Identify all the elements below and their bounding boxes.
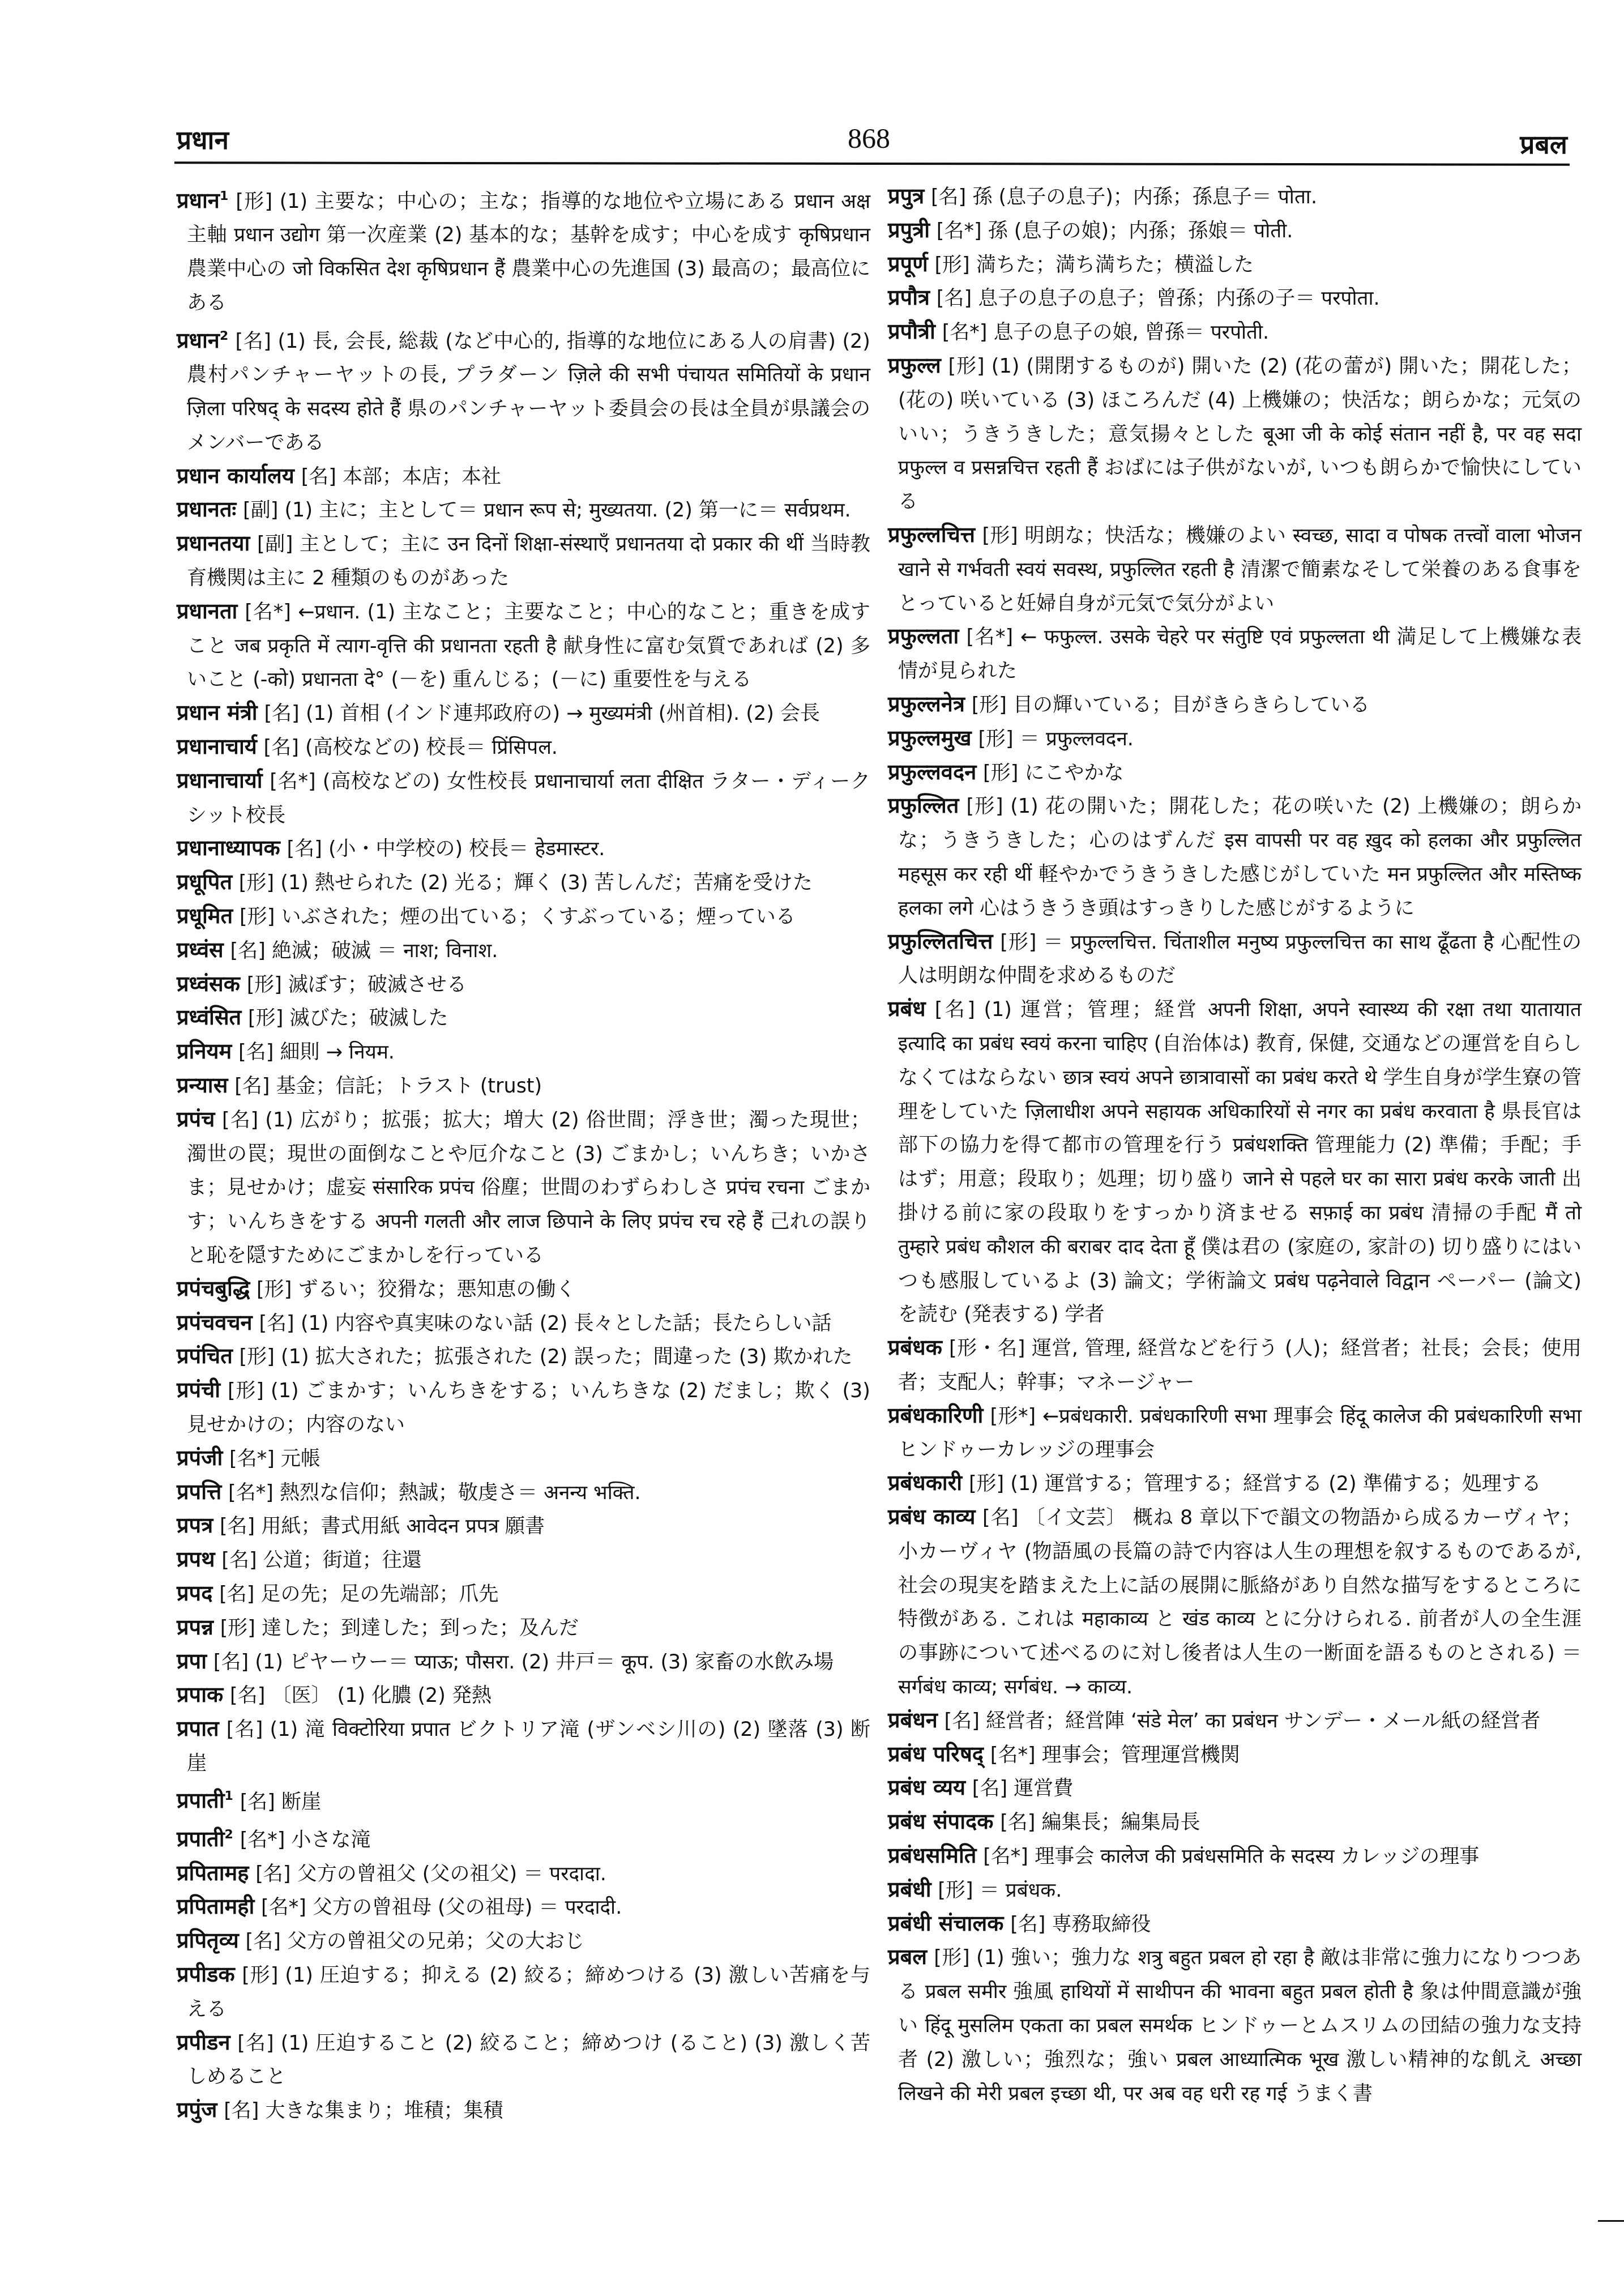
headword-text: प्रपद: [177, 1581, 212, 1606]
entry-definition: [副] (1) 主に；主として＝ प्रधान रूप से; मुख्यतया…: [243, 499, 851, 522]
dictionary-entry: प्रबंधकारी [形] (1) 運営する；管理する；経営する (2) 準備…: [888, 1467, 1582, 1501]
entry-definition: [名] (1) 滝 विक्टोरिया प्रपात ビクトリア滝 (ザンベシ…: [187, 1718, 870, 1775]
headword-text: प्रपौत्री: [888, 319, 935, 344]
dictionary-entry: प्रफुल्लित [形] (1) 花の開いた；開花した；花の咲いた (2) …: [888, 789, 1582, 925]
headword-text: प्रपन्न: [177, 1615, 213, 1640]
dictionary-entry: प्रफुल्लचित्त [形] 明朗な；快活な；機嫌のよい स्वच्छ, …: [888, 519, 1582, 620]
headword-text: प्रपाती: [177, 1788, 225, 1813]
entry-definition: [名*] 息子の息子の娘, 曾孫＝ परपोती.: [942, 321, 1270, 344]
dictionary-entry: प्रपुत्र [名] 孫 (息子の息子)；内孫；孫息子＝ पोता.: [888, 180, 1582, 214]
entry-headword: प्रफुल्लनेत्र: [888, 692, 965, 716]
entry-headword: प्रपन्न: [177, 1615, 213, 1640]
entry-headword: प्रधूपित: [177, 869, 232, 894]
entry-headword: प्रबंध काव्य: [888, 1504, 976, 1529]
headword-text: प्रपत्ति: [177, 1479, 221, 1504]
entry-headword: प्रपूर्ण: [888, 251, 928, 276]
headword-text: प्रफुल्लनेत्र: [888, 692, 965, 716]
entry-headword: प्रपौत्री: [888, 319, 935, 344]
dictionary-entry: प्रधूमित [形] いぶされた；煙の出ている；くすぶっている；煙っている: [177, 900, 870, 934]
dictionary-entry: प्रध्वंसक [形] 滅ぼす；破滅させる: [177, 968, 870, 1002]
headword-text: प्रपितामह: [177, 1860, 249, 1885]
entry-headword: प्रबंधी: [888, 1877, 931, 1902]
entry-headword: प्रधानतया: [177, 531, 250, 556]
headword-text: प्रपौत्र: [888, 285, 930, 310]
entry-headword: प्रधानाचार्य: [177, 734, 257, 759]
entry-definition: [名] 公道；街道；往還: [221, 1549, 421, 1572]
dictionary-entry: प्रपंचित [形] (1) 拡大された；拡張された (2) 誤った；間違っ…: [177, 1340, 870, 1374]
headword-text: प्रबंध: [888, 996, 926, 1021]
entry-definition: [形] (1) 運営する；管理する；経営する (2) 準備する；処理する: [969, 1472, 1541, 1495]
headword-text: प्रपथ: [177, 1547, 215, 1572]
entry-definition: [名] 経営者；経営陣 ‘संडे मेल’ का प्रबंधन サンデー・メ…: [945, 1710, 1541, 1732]
headword-text: प्रपाती: [177, 1826, 225, 1851]
headword-text: प्रबंध काव्य: [888, 1504, 976, 1529]
dictionary-entry: प्रपाती1 [名] 断崖: [177, 1781, 870, 1819]
entry-definition: [形] ＝ प्रफुल्लचित्त. चिंताशील मनुष्य प्र…: [898, 931, 1582, 988]
headword-text: प्रफुल्लमुख: [888, 725, 972, 750]
entry-definition: [名] 足の先；足の先端部；爪先: [219, 1583, 498, 1606]
entry-definition: [形] (1) 拡大された；拡張された (2) 誤った；間違った (3) 欺かれ…: [240, 1346, 853, 1368]
page-number: 868: [848, 122, 890, 155]
dictionary-entry: प्रबंध काव्य [名] 〔イ文芸〕 概ね 8 章以下で韻文の物語から成…: [888, 1501, 1582, 1704]
headword-text: प्रध्वंसक: [177, 971, 240, 996]
dictionary-entry: प्रबंधसमिति [名*] 理事会 कालेज की प्रबंधसमित…: [888, 1839, 1582, 1873]
headword-text: प्रबंधक: [888, 1335, 942, 1360]
entry-definition: [名] (1) ピヤーウー＝ प्याऊ; पौसरा. (2) 井戸＝ कूप…: [213, 1651, 834, 1674]
headword-text: प्रपीडन: [177, 2030, 230, 2055]
entry-headword: प्रध्वंसित: [177, 1005, 241, 1030]
headword-text: प्रपंच: [177, 1107, 215, 1132]
entry-headword: प्रफुल्ल: [888, 353, 941, 378]
entry-definition: [形] ＝ प्रफुल्लवदन.: [978, 728, 1134, 750]
entry-definition: [形] ＝ प्रबंधक.: [938, 1879, 1062, 1902]
entry-definition: [名] 断崖: [240, 1790, 321, 1813]
headword-text: प्रपुत्र: [888, 183, 924, 208]
headword-text: प्रधानतया: [177, 531, 250, 556]
dictionary-entry: प्रबंधक [形・名] 運営, 管理, 経営などを行う (人)；経営者；社長…: [888, 1331, 1582, 1399]
dictionary-entry: प्रबंध व्यय [名] 運営費: [888, 1772, 1582, 1806]
entry-headword: प्रपुत्र: [888, 183, 924, 208]
dictionary-entry: प्रधानतया [副] 主として；主に उन दिनों शिक्षा-सं…: [177, 527, 870, 595]
dictionary-entry: प्रपद [名] 足の先；足の先端部；爪先: [177, 1577, 870, 1611]
entry-headword: प्रपत्ति: [177, 1479, 221, 1504]
dictionary-entry: प्रपात [名] (1) 滝 विक्टोरिया प्रपात ビクトリア…: [177, 1713, 870, 1781]
dictionary-entry: प्रपथ [名] 公道；街道；往還: [177, 1543, 870, 1577]
headword-text: प्रपीडक: [177, 1962, 235, 1987]
entry-definition: [名*] 孫 (息子の娘)；内孫；孫娘＝ पोती.: [937, 220, 1293, 242]
entry-headword: प्रध्वंसक: [177, 971, 240, 996]
entry-definition: [形] 明朗な；快活な；機嫌のよい स्वच्छ, सादा व पोषक तत…: [898, 524, 1582, 615]
entry-headword: प्रपाती1: [177, 1788, 233, 1813]
headword-text: प्रबल: [888, 1944, 927, 1969]
dictionary-entry: प्रपन्न [形] 達した；到達した；到った；及んだ: [177, 1611, 870, 1645]
entry-definition: [名] 〔イ文芸〕 概ね 8 章以下で韻文の物語から成るカーヴィヤ；小カーヴィヤ…: [898, 1506, 1582, 1698]
entry-headword: प्रपितृव्य: [177, 1928, 239, 1953]
headword-text: प्रबंधकारिणी: [888, 1403, 983, 1428]
entry-headword: प्रपंचवचन: [177, 1310, 253, 1335]
right-guide-word: प्रबल: [1520, 126, 1567, 161]
entry-definition: [名*] ← फफुल्ल. उसके चेहरे पर संतुष्टि एव…: [898, 626, 1582, 682]
headword-text: प्रधान: [177, 188, 220, 213]
entry-headword: प्रबंधक: [888, 1335, 942, 1360]
dictionary-entry: प्रध्वंसित [形] 滅びた；破滅した: [177, 1001, 870, 1035]
entry-definition: [形] (1) ごまかす；いんちきをする；いんちきな (2) だまし；欺く (3…: [187, 1380, 870, 1436]
headword-text: प्रधूपित: [177, 869, 232, 894]
entry-headword: प्रध्वंस: [177, 937, 224, 962]
headword-text: प्रपंची: [177, 1377, 220, 1402]
entry-definition: [名] 基金；信託；トラスト (trust): [234, 1075, 542, 1098]
headword-text: प्रफुल्लितचित्त: [888, 929, 993, 954]
entry-definition: [形] (1) 主要な；中心の；主な；指導的な地位や立場にある प्रधान अ…: [187, 190, 870, 314]
entry-headword: प्रफुल्लित: [888, 793, 959, 818]
headword-text: प्रपितृव्य: [177, 1928, 239, 1953]
headword-text: प्रबंध परिषद्: [888, 1742, 984, 1766]
headword-text: प्रपंचवचन: [177, 1310, 253, 1335]
entry-definition: [名] 絶滅；破滅 ＝ नाश; विनाश.: [230, 940, 498, 962]
entry-definition: [形] 達した；到達した；到った；及んだ: [220, 1617, 579, 1640]
entry-definition: [名] 編集長；編集局長: [1000, 1811, 1200, 1834]
entry-definition: [名] (1) 長, 会長, 総裁 (など中心的, 指導的な地位にある人の肩書)…: [187, 330, 870, 454]
dictionary-entry: प्रबंधी [形] ＝ प्रबंधक.: [888, 1873, 1582, 1907]
entry-definition: [形] 目の輝いている；目がきらきらしている: [972, 694, 1370, 716]
entry-definition: [形*] ←प्रबंधकारी. प्रबंधकारिणी सभा 理事会 ह…: [898, 1405, 1582, 1462]
headword-text: प्रधान मंत्री: [177, 700, 258, 725]
dictionary-entry: प्रपौत्री [名*] 息子の息子の娘, 曾孫＝ परपोती.: [888, 315, 1582, 349]
dictionary-entry: प्रधान1 [形] (1) 主要な；中心の；主な；指導的な地位や立場にある …: [177, 180, 870, 320]
entry-definition: [名] 父方の曾祖父 (父の祖父) ＝ परदादा.: [255, 1863, 606, 1885]
headword-text: प्रधानाचार्या: [177, 768, 263, 793]
entry-definition: [名] (1) 首相 (インド連邦政府の) → मुख्यमंत्री (州首相…: [264, 702, 820, 725]
entry-headword: प्रपितामही: [177, 1894, 254, 1919]
entry-definition: [名] 父方の曾祖父の兄弟；父の大おじ: [246, 1930, 584, 1953]
entry-definition: [形] ずるい；狡猾な；悪知恵の働く: [257, 1278, 575, 1301]
entry-definition: [名] (1) 運営；管理；経営 अपनी शिक्षा, अपने स्वास…: [898, 998, 1582, 1326]
entry-headword: प्रपाक: [177, 1682, 223, 1707]
entry-headword: प्रपाती2: [177, 1826, 233, 1851]
entry-headword: प्रबंधी संचालक: [888, 1911, 1003, 1936]
headword-text: प्रध्वंस: [177, 937, 224, 962]
dictionary-entry: प्रध्वंस [名] 絶滅；破滅 ＝ नाश; विनाश.: [177, 934, 870, 968]
entry-headword: प्रबंधन: [888, 1708, 938, 1732]
dictionary-entry: प्रनियम [名] 細則 → नियम.: [177, 1035, 870, 1069]
headword-text: प्रबंध संपादक: [888, 1809, 993, 1834]
entry-headword: प्रबंध परिषद्: [888, 1742, 984, 1766]
headword-text: प्रधूमित: [177, 903, 233, 928]
entry-definition: [名*] 父方の曾祖母 (父の祖母) ＝ परदादी.: [261, 1896, 622, 1919]
entry-definition: [名*] ←प्रधान. (1) 主なこと；主要なこと；中心的なこと；重きを成…: [187, 601, 870, 692]
dictionary-entry: प्रपाक [名] 〔医〕 (1) 化膿 (2) 発熱: [177, 1679, 870, 1713]
dictionary-entry: प्रपा [名] (1) ピヤーウー＝ प्याऊ; पौसरा. (2) 井…: [177, 1645, 870, 1679]
dictionary-entry: प्रपंच [名] (1) 広がり；拡張；拡大；増大 (2) 俗世間；浮き世；…: [177, 1103, 870, 1273]
dictionary-entry: प्रपुंज [名] 大きな集まり；堆積；集積: [177, 2094, 870, 2128]
dictionary-entry: प्रपीडक [形] (1) 圧迫する；抑える (2) 絞る；締めつける (3…: [177, 1958, 870, 2026]
right-column: प्रपुत्र [名] 孫 (息子の息子)；内孫；孫息子＝ पोता.प्रप…: [888, 180, 1582, 2110]
left-column: प्रधान1 [形] (1) 主要な；中心の；主な；指導的な地位や立場にある …: [177, 180, 870, 2128]
entry-headword: प्रपंचबुद्धि: [177, 1276, 250, 1301]
headword-text: प्रध्वंसित: [177, 1005, 241, 1030]
dictionary-entry: प्रपीडन [名] (1) 圧迫すること (2) 絞ること；締めつけ (るこ…: [177, 2026, 870, 2094]
entry-headword: प्रपा: [177, 1649, 207, 1674]
dictionary-entry: प्रबंध [名] (1) 運営；管理；経営 अपनी शिक्षा, अपन…: [888, 993, 1582, 1331]
headword-text: प्रबंधकारी: [888, 1470, 962, 1495]
homograph-number: 2: [220, 329, 228, 343]
dictionary-entry: प्रपंजी [名*] 元帳: [177, 1442, 870, 1476]
headword-text: प्रधानाध्यापक: [177, 835, 280, 860]
entry-headword: प्रफुल्लितचित्त: [888, 929, 993, 954]
dictionary-entry: प्रफुल्लनेत्र [形] 目の輝いている；目がきらきらしている: [888, 688, 1582, 722]
entry-definition: [名] (1) 圧迫すること (2) 絞ること；締めつけ (ること) (3) 激…: [187, 2032, 870, 2089]
entry-headword: प्रधूमित: [177, 903, 233, 928]
header-rule: [174, 161, 1570, 165]
headword-text: प्रधान: [177, 328, 220, 353]
entry-headword: प्रधान1: [177, 188, 228, 213]
entry-definition: [名] (1) 広がり；拡張；拡大；増大 (2) 俗世間；浮き世；濁った現世；濁…: [187, 1109, 870, 1267]
entry-definition: [名] (高校などの) 校長＝ प्रिंसिपल.: [264, 736, 558, 759]
entry-definition: [名*] 元帳: [229, 1448, 320, 1470]
dictionary-entry: प्रबंध परिषद् [名*] 理事会；管理運営機関: [888, 1738, 1582, 1772]
entry-definition: [名*] 理事会；管理運営機関: [990, 1744, 1240, 1766]
dictionary-entry: प्रपाती2 [名*] 小さな滝: [177, 1819, 870, 1856]
entry-headword: प्रफुल्लमुख: [888, 725, 972, 750]
entry-definition: [形・名] 運営, 管理, 経営などを行う (人)；経営者；社長；会長；使用者；…: [898, 1337, 1582, 1394]
entry-definition: [名] 大きな集まり；堆積；集積: [224, 2099, 503, 2122]
headword-text: प्रन्यास: [177, 1073, 228, 1098]
entry-definition: [形] 滅びた；破滅した: [248, 1007, 448, 1030]
headword-text: प्रफुल्लवदन: [888, 759, 976, 784]
homograph-number: 1: [220, 189, 228, 203]
entry-definition: [名] 運営費: [972, 1777, 1073, 1800]
headword-text: प्रबंधी: [888, 1877, 931, 1902]
entry-definition: [名] 〔医〕 (1) 化膿 (2) 発熱: [230, 1684, 492, 1707]
entry-headword: प्रधान कार्यालय: [177, 463, 294, 488]
headword-text: प्रपाक: [177, 1682, 223, 1707]
entry-headword: प्रबंध व्यय: [888, 1775, 965, 1800]
headword-text: प्रबंध व्यय: [888, 1775, 965, 1800]
dictionary-entry: प्रधूपित [形] (1) 熱せられた (2) 光る；輝く (3) 苦しん…: [177, 866, 870, 900]
dictionary-entry: प्रधान मंत्री [名] (1) 首相 (インド連邦政府の) → मु…: [177, 697, 870, 731]
dictionary-entry: प्रधानाध्यापक [名] (小・中学校の) 校長＝ हेडमास्टर…: [177, 832, 870, 866]
dictionary-entry: प्रबंधकारिणी [形*] ←प्रबंधकारी. प्रबंधकार…: [888, 1399, 1582, 1467]
dictionary-entry: प्रपौत्र [名] 息子の息子の息子；曾孫；内孫の子＝ परपोता.: [888, 281, 1582, 315]
headword-text: प्रपंचबुद्धि: [177, 1276, 250, 1301]
entry-definition: [名] 孫 (息子の息子)；内孫；孫息子＝ पोता.: [931, 186, 1317, 208]
headword-text: प्रपत्र: [177, 1513, 213, 1538]
entry-headword: प्रपथ: [177, 1547, 215, 1572]
dictionary-entry: प्रबंधी संचालक [名] 専務取締役: [888, 1907, 1582, 1941]
headword-text: प्रनियम: [177, 1039, 232, 1064]
entry-headword: प्रफुल्लता: [888, 624, 959, 648]
headword-text: प्रबंधन: [888, 1708, 938, 1732]
entry-definition: [名*] (高校などの) 女性校長 प्रधानाचार्या लता दीक्…: [187, 770, 870, 827]
entry-headword: प्रपितामह: [177, 1860, 249, 1885]
entry-headword: प्रधान2: [177, 328, 228, 353]
dictionary-entry: प्रधान2 [名] (1) 長, 会長, 総裁 (など中心的, 指導的な地位…: [177, 320, 870, 460]
entry-definition: [名] 用紙；書式用紙 आवेदन प्रपत्र 願書: [220, 1515, 545, 1538]
entry-headword: प्रनियम: [177, 1039, 232, 1064]
headword-text: प्रपुत्री: [888, 217, 930, 242]
homograph-number: 1: [225, 1790, 233, 1804]
entry-headword: प्रबंधसमिति: [888, 1843, 976, 1868]
headword-text: प्रधानता: [177, 599, 237, 624]
dictionary-entry: प्रपंचवचन [名] (1) 内容や真実味のない話 (2) 長々とした話；…: [177, 1307, 870, 1341]
headword-text: प्रधानाचार्य: [177, 734, 257, 759]
entry-definition: [名] 息子の息子の息子；曾孫；内孫の子＝ परपोता.: [937, 287, 1380, 310]
entry-headword: प्रबंधकारिणी: [888, 1403, 983, 1428]
dictionary-entry: प्रपूर्ण [形] 満ちた；満ち満ちた；横溢した: [888, 248, 1582, 282]
dictionary-entry: प्रधान कार्यालय [名] 本部；本店；本社: [177, 460, 870, 494]
entry-headword: प्रफुल्लवदन: [888, 759, 976, 784]
dictionary-entry: प्रफुल्लवदन [形] にこやかな: [888, 756, 1582, 790]
headword-text: प्रफुल्लचित्त: [888, 522, 975, 547]
entry-headword: प्रफुल्लचित्त: [888, 522, 975, 547]
dictionary-entry: प्रधानाचार्या [名*] (高校などの) 女性校長 प्रधानाच…: [177, 765, 870, 833]
entry-definition: [形] (1) 熱せられた (2) 光る；輝く (3) 苦しんだ；苦痛を受けた: [239, 872, 813, 894]
dictionary-entry: प्रपितामही [名*] 父方の曾祖母 (父の祖母) ＝ परदादी.: [177, 1890, 870, 1924]
entry-definition: [形] いぶされた；煙の出ている；くすぶっている；煙っている: [240, 906, 796, 928]
headword-text: प्रफुल्ल: [888, 353, 941, 378]
entry-headword: प्रपीडक: [177, 1962, 235, 1987]
dictionary-entry: प्रधानाचार्य [名] (高校などの) 校長＝ प्रिंसिपल.: [177, 731, 870, 765]
dictionary-entry: प्रबंध संपादक [名] 編集長；編集局長: [888, 1806, 1582, 1839]
page-header: प्रधान 868 प्रबल: [177, 116, 1567, 161]
headword-text: प्रपंजी: [177, 1445, 223, 1470]
dictionary-entry: प्रपंची [形] (1) ごまかす；いんちきをする；いんちきな (2) だ…: [177, 1374, 870, 1442]
entry-definition: [形] (1) 花の開いた；開花した；花の咲いた (2) 上機嫌の；朗らかな；う…: [898, 795, 1582, 919]
entry-headword: प्रपंची: [177, 1377, 220, 1402]
entry-definition: [名] (1) 内容や真実味のない話 (2) 長々とした話；長たらしい話: [259, 1312, 831, 1335]
dictionary-entry: प्रफुल्ल [形] (1) (開閉するものが) 開いた (2) (花の蕾が…: [888, 349, 1582, 519]
entry-headword: प्रपात: [177, 1716, 219, 1741]
dictionary-entry: प्रपंचबुद्धि [形] ずるい；狡猾な；悪知恵の働く: [177, 1273, 870, 1307]
entry-headword: प्रबल: [888, 1944, 927, 1969]
entry-headword: प्रन्यास: [177, 1073, 228, 1098]
dictionary-entry: प्रबल [形] (1) 強い；強力な शत्रु बहुत प्रबल हो…: [888, 1941, 1582, 2110]
entry-headword: प्रधानाध्यापक: [177, 835, 280, 860]
dictionary-entry: प्रपत्ति [名*] 熱烈な信仰；熱誠；敬虔さ＝ अनन्य भक्ति.: [177, 1476, 870, 1510]
dictionary-entry: प्रफुल्लता [名*] ← फफुल्ल. उसके चेहरे पर …: [888, 620, 1582, 688]
entry-definition: [形] 満ちた；満ち満ちた；横溢した: [934, 254, 1253, 276]
page-edge-mark: [1598, 2220, 1624, 2222]
headword-text: प्रफुल्लित: [888, 793, 959, 818]
entry-definition: [名] 細則 → नियम.: [238, 1041, 395, 1064]
dictionary-entry: प्रधानतः [副] (1) 主に；主として＝ प्रधान रूप से;…: [177, 493, 870, 527]
entry-definition: [名*] 理事会 कालेज की प्रबंधसमिति के सदस्य カ…: [983, 1845, 1479, 1868]
dictionary-entry: प्रबंधन [名] 経営者；経営陣 ‘संडे मेल’ का प्रबंध…: [888, 1704, 1582, 1738]
entry-definition: [形] (1) 強い；強力な शत्रु बहुत प्रबल हो रहा ह…: [898, 1947, 1582, 2105]
entry-headword: प्रपंच: [177, 1107, 215, 1132]
headword-text: प्रबंधी संचालक: [888, 1911, 1003, 1936]
entry-definition: [名*] 熱烈な信仰；熱誠；敬虔さ＝ अनन्य भक्ति.: [228, 1482, 640, 1504]
dictionary-entry: प्रपत्र [名] 用紙；書式用紙 आवेदन प्रपत्र 願書: [177, 1509, 870, 1543]
entry-headword: प्रपुत्री: [888, 217, 930, 242]
entry-definition: [名] 専務取締役: [1010, 1913, 1151, 1936]
dictionary-entry: प्रन्यास [名] 基金；信託；トラスト (trust): [177, 1069, 870, 1103]
entry-headword: प्रपद: [177, 1581, 212, 1606]
headword-text: प्रपा: [177, 1649, 207, 1674]
entry-headword: प्रपंचित: [177, 1343, 233, 1368]
dictionary-entry: प्रपितामह [名] 父方の曾祖父 (父の祖父) ＝ परदादा.: [177, 1857, 870, 1891]
entry-definition: [名] (小・中学校の) 校長＝ हेडमास्टर.: [287, 838, 605, 860]
dictionary-entry: प्रफुल्लमुख [形] ＝ प्रफुल्लवदन.: [888, 722, 1582, 756]
dictionary-entry: प्रपितृव्य [名] 父方の曾祖父の兄弟；父の大おじ: [177, 1924, 870, 1958]
headword-text: प्रपितामही: [177, 1894, 254, 1919]
entry-headword: प्रपौत्र: [888, 285, 930, 310]
entry-headword: प्रधानता: [177, 599, 237, 624]
dictionary-entry: प्रफुल्लितचित्त [形] ＝ प्रफुल्लचित्त. चिं…: [888, 925, 1582, 993]
homograph-number: 2: [225, 1828, 233, 1842]
entry-headword: प्रपीडन: [177, 2030, 230, 2055]
entry-headword: प्रपुंज: [177, 2097, 217, 2122]
entry-headword: प्रधानाचार्या: [177, 768, 263, 793]
entry-headword: प्रधानतः: [177, 497, 236, 522]
entry-headword: प्रपत्र: [177, 1513, 213, 1538]
headword-text: प्रपुंज: [177, 2097, 217, 2122]
entry-definition: [副] 主として；主に उन दिनों शिक्षा-संस्थाएँ प्र…: [187, 533, 870, 590]
headword-text: प्रधानतः: [177, 497, 236, 522]
entry-definition: [名] 本部；本店；本社: [301, 466, 501, 488]
left-guide-word: प्रधान: [177, 122, 229, 157]
headword-text: प्रपात: [177, 1716, 219, 1741]
entry-headword: प्रधान मंत्री: [177, 700, 258, 725]
headword-text: प्रफुल्लता: [888, 624, 959, 648]
headword-text: प्रधान कार्यालय: [177, 463, 294, 488]
entry-definition: [名*] 小さな滝: [240, 1829, 371, 1851]
headword-text: प्रपूर्ण: [888, 251, 928, 276]
dictionary-entry: प्रपुत्री [名*] 孫 (息子の娘)；内孫；孫娘＝ पोती.: [888, 214, 1582, 248]
entry-headword: प्रबंधकारी: [888, 1470, 962, 1495]
entry-definition: [形] (1) (開閉するものが) 開いた (2) (花の蕾が) 開いた；開花し…: [898, 355, 1582, 513]
entry-definition: [形] 滅ぼす；破滅させる: [247, 974, 467, 996]
headword-text: प्रपंचित: [177, 1343, 233, 1368]
headword-text: प्रबंधसमिति: [888, 1843, 976, 1868]
entry-headword: प्रबंध: [888, 996, 926, 1021]
entry-definition: [形] (1) 圧迫する；抑える (2) 絞る；締めつける (3) 激しい苦痛を…: [187, 1964, 870, 2021]
dictionary-entry: प्रधानता [名*] ←प्रधान. (1) 主なこと；主要なこと；中心…: [177, 595, 870, 697]
entry-headword: प्रबंध संपादक: [888, 1809, 993, 1834]
entry-headword: प्रपंजी: [177, 1445, 223, 1470]
entry-definition: [形] にこやかな: [983, 762, 1123, 784]
